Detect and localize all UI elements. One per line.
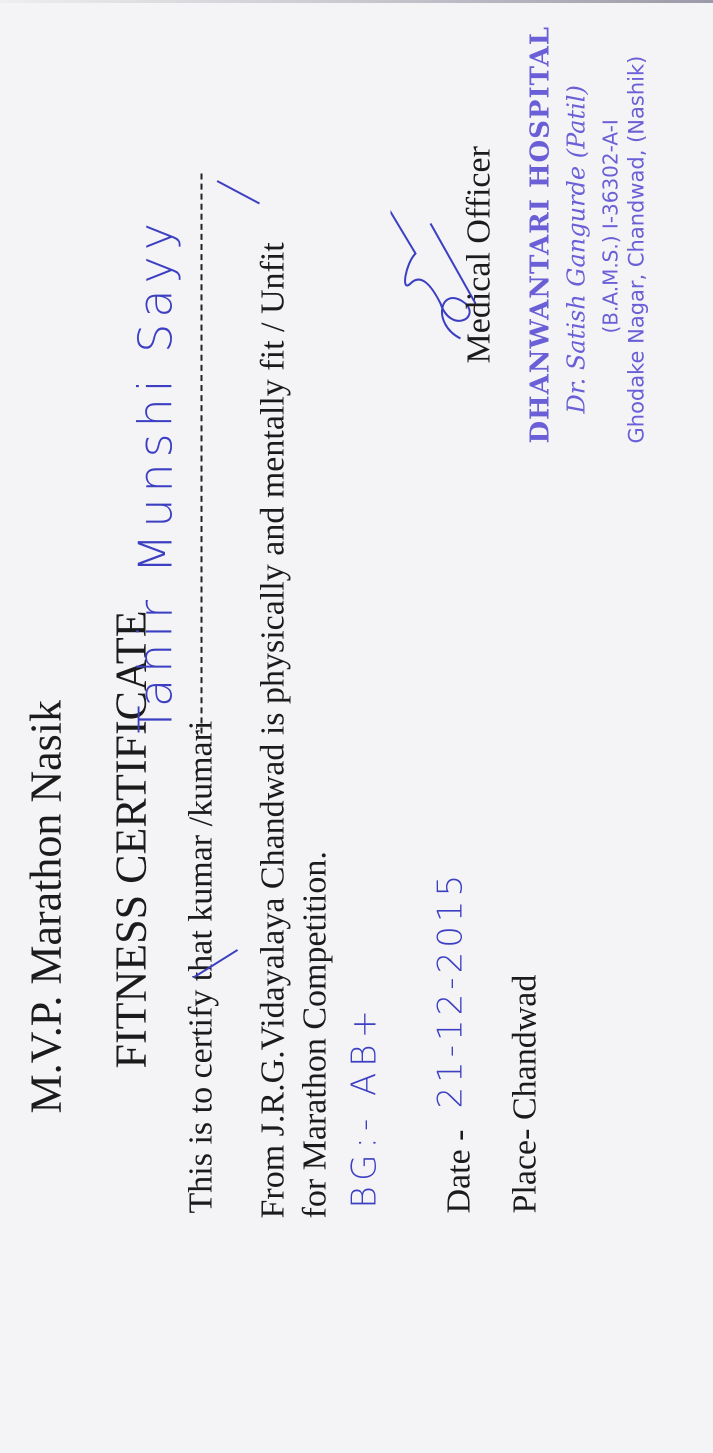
- fitness-certificate: M.V.P. Marathon Nasik FITNESS CERTIFICAT…: [0, 0, 713, 1453]
- blood-group: BG:- AB+: [344, 1003, 384, 1208]
- competition-line: for Marathon Competition.: [296, 851, 334, 1218]
- date-label: Date -: [440, 1129, 478, 1213]
- organizer-heading: M.V.P. Marathon Nasik: [20, 699, 71, 1113]
- certify-line: This is to certify that kumar /kumari: [182, 720, 220, 1213]
- stamp-address: Ghodake Nagar, Chandwad, (Nashik): [624, 55, 648, 443]
- school-line: From J.R.G.Vidayalaya Chandwad is physic…: [254, 242, 292, 1218]
- name-underline: [200, 173, 202, 733]
- place-line: Place- Chandwad: [506, 974, 544, 1213]
- date-value: 21-12-2015: [430, 870, 470, 1108]
- unfit-strikethrough: [216, 180, 259, 204]
- medical-officer-label: Medical Officer: [460, 146, 498, 363]
- stamp-registration: (B.A.M.S.) I-36302-A-I: [598, 119, 622, 333]
- stamp-hospital: DHANWANTARI HOSPITAL: [525, 25, 555, 443]
- participant-name: Tahir Munshi Sayy: [128, 217, 182, 734]
- stamp-doctor: Dr. Satish Gangurde (Patil): [562, 85, 590, 413]
